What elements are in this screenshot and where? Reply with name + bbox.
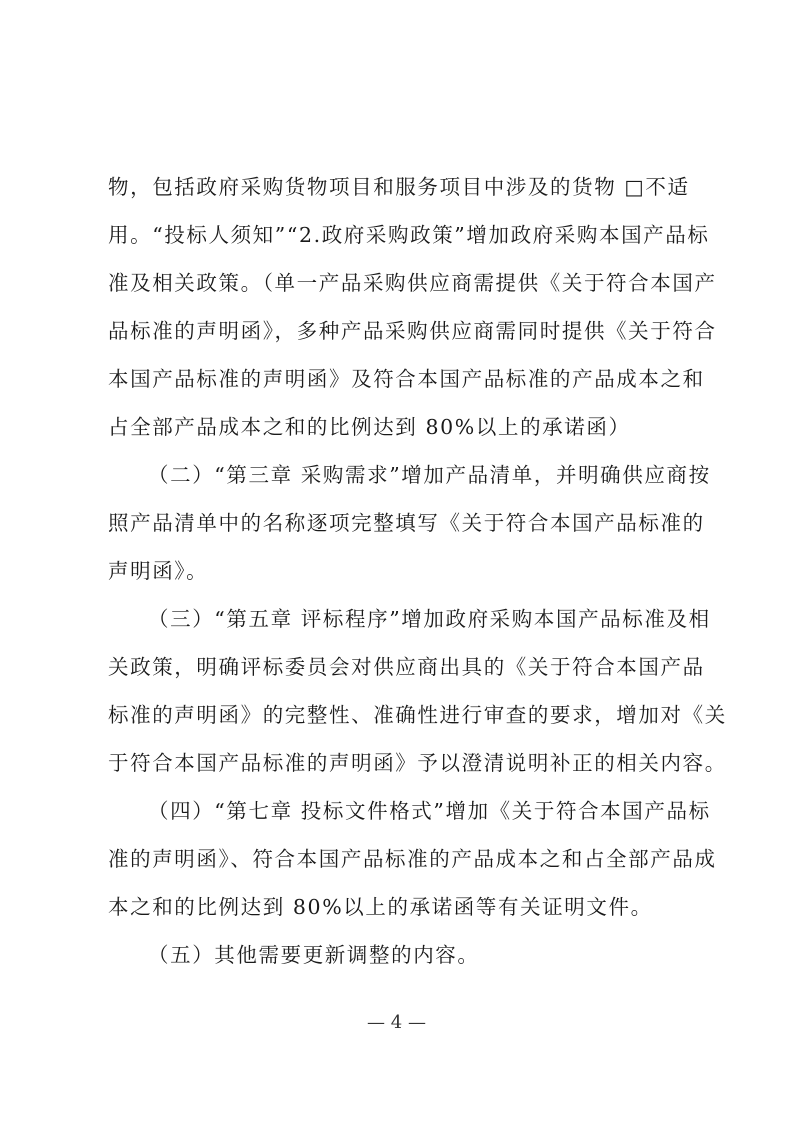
body-text-line: 标准的声明函》的完整性、准确性进行审查的要求，增加对《关 bbox=[108, 700, 688, 730]
body-text-line: 品标准的声明函》，多种产品采购供应商需同时提供《关于符合 bbox=[108, 316, 688, 346]
page-number: — 4 — bbox=[0, 1012, 793, 1033]
section-5-text: （五）其他需要更新调整的内容。 bbox=[148, 940, 688, 970]
body-text-line: 物，包括政府采购货物项目和服务项目中涉及的货物 □不适 bbox=[108, 172, 688, 202]
document-page: 物，包括政府采购货物项目和服务项目中涉及的货物 □不适 用。“投标人须知”“2.… bbox=[0, 0, 793, 1122]
body-text-line: 声明函》。 bbox=[108, 556, 688, 586]
body-text-line: 用。“投标人须知”“2.政府采购政策”增加政府采购本国产品标 bbox=[108, 220, 688, 250]
body-text-line: 准的声明函》、符合本国产品标准的产品成本之和占全部产品成 bbox=[108, 844, 688, 874]
body-text-line: 占全部产品成本之和的比例达到 80%以上的承诺函） bbox=[108, 412, 688, 442]
section-4-text: （四）“第七章 投标文件格式”增加《关于符合本国产品标 bbox=[148, 796, 688, 826]
body-text-line: 照产品清单中的名称逐项完整填写《关于符合本国产品标准的 bbox=[108, 508, 688, 538]
body-text-line: 关政策，明确评标委员会对供应商出具的《关于符合本国产品 bbox=[108, 652, 688, 682]
section-2-text: （二）“第三章 采购需求”增加产品清单，并明确供应商按 bbox=[148, 460, 688, 490]
body-text-line: 本国产品标准的声明函》及符合本国产品标准的产品成本之和 bbox=[108, 364, 688, 394]
body-text-line: 于符合本国产品标准的声明函》予以澄清说明补正的相关内容。 bbox=[108, 748, 688, 778]
section-3-text: （三）“第五章 评标程序”增加政府采购本国产品标准及相 bbox=[148, 604, 688, 634]
body-text-line: 准及相关政策。（单一产品采购供应商需提供《关于符合本国产 bbox=[108, 268, 688, 298]
body-text-line: 本之和的比例达到 80%以上的承诺函等有关证明文件。 bbox=[108, 892, 688, 922]
